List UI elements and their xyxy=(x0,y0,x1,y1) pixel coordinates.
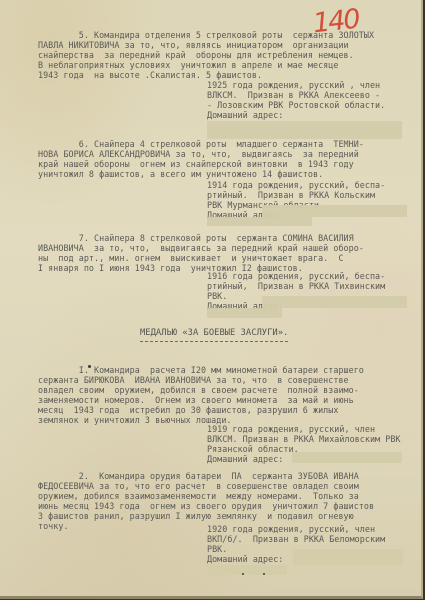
entry-5-line-3: снайперства за передний край обороны для… xyxy=(38,50,354,61)
ink-speck xyxy=(88,365,91,368)
medal-entry-2-bio-address-label: Домашний адрес: xyxy=(207,554,283,565)
entry-6-bio-1: 1914 года рождения, русский, беспа- xyxy=(207,180,385,191)
redacted-address xyxy=(292,452,402,463)
entry-6-line-1: 6. Снайпера 4 стрелковой роты младшего с… xyxy=(38,139,364,150)
entry-5-line-5: 1943 года на высоте .Скалистая. 5 фашист… xyxy=(38,70,262,81)
medal-entry-2-bio-3: РВК. xyxy=(207,544,227,555)
medal-entry-1-line-2: сержанта БИРЮКОВА ИВАНА ИВАНОВИЧА за то,… xyxy=(38,375,349,386)
entry-6-bio-2: ртийный. Призван в РККА Кольским xyxy=(207,190,375,201)
medal-entry-1-line-1: I. Командира расчета I20 мм минометной б… xyxy=(38,365,364,376)
medal-entry-2-line-3: оружием, добился взаимозаменяемости межд… xyxy=(38,491,359,502)
entry-7-line-1: 7. Снайпера 8 стрелковой роты сержанта С… xyxy=(38,233,354,244)
medal-entry-1-bio-address-label: Домашний адрес: xyxy=(207,454,283,465)
entry-5-line-2: ПАВЛА НИКИТОВИЧА за то, что, являясь ини… xyxy=(38,40,349,51)
entry-6-line-4: уничтожил 8 фашистов, а всего им уничтож… xyxy=(38,169,323,180)
entry-5-bio-address-label: Домашний адрес: xyxy=(207,110,283,121)
entry-5-bio-3: - Лозовским РВК Ростовской области. xyxy=(207,100,385,111)
redacted-address xyxy=(207,217,312,226)
entry-5-bio-1: 1925 года рождения, русский , член xyxy=(207,80,380,91)
medal-entry-2-bio-2: ВКП/б/. Призван в РККА Беломорским xyxy=(207,534,385,545)
medal-entry-1-bio-1: 1919 года рождения, русский, член xyxy=(207,424,375,435)
redacted-address xyxy=(262,296,407,308)
medal-entry-2-bio-1: 1920 года рождения, русский, член xyxy=(207,524,375,535)
redacted-address xyxy=(262,205,407,217)
medal-entry-1-line-3: овладел своим оружием, добился в своем р… xyxy=(38,385,359,396)
redacted-address xyxy=(207,121,402,139)
document-page: 140 5. Командира отделения 5 стрелковой … xyxy=(0,0,423,599)
entry-5-bio-2: ВЛКСМ. Призван в РККА Алексеево - xyxy=(207,90,380,101)
entry-5-line-4: В неблагоприятных условиях уничтожил в а… xyxy=(38,60,338,71)
redacted-address xyxy=(293,549,403,565)
entry-6-line-3: край нашей обороны огнем из снайперской … xyxy=(38,159,354,170)
medal-entry-1-line-4: заменяемости номеров. Огнем из своего ми… xyxy=(38,395,354,406)
ink-speck xyxy=(263,573,265,575)
medal-entry-1-line-6: землянок и уничтожил 3 вьючных лошади. xyxy=(38,415,232,426)
section-heading-medal: МЕДАЛЬЮ «ЗА БОЕВЫЕ ЗАСЛУГИ». xyxy=(140,328,288,342)
ink-speck xyxy=(242,573,244,575)
medal-entry-2-line-6: точку. xyxy=(38,521,69,532)
medal-entry-1-bio-2: ВЛКСМ. Призван в РККА Михайловским РВК xyxy=(207,434,401,445)
redacted-address xyxy=(207,308,282,318)
medal-entry-2-line-5: 3 фашистов ранил, разрушил I жилую земля… xyxy=(38,511,354,522)
entry-6-line-2: НОВА БОРИСА АЛЕКСАНДРОВИЧА за то, что, в… xyxy=(38,149,359,160)
entry-7-bio-2: ртийный, Призван в РККА Тихвинским xyxy=(207,281,385,292)
entry-7-line-3: ны под арт., мин. огнем выискивает и уни… xyxy=(38,253,344,264)
medal-entry-2-line-4: июнь месяц 1943 года огнем из своего ору… xyxy=(38,501,374,512)
entry-7-bio-3: РВК. xyxy=(207,291,227,302)
entry-7-line-2: ИВАНОВИЧА за то, что, выдвигаясь за пере… xyxy=(38,243,364,254)
medal-entry-2-line-1: 2. Командира орудия батареи ПА сержанта … xyxy=(38,471,359,482)
medal-entry-1-line-5: месяц 1943 года истребил до 30 фашистов,… xyxy=(38,405,338,416)
entry-5-line-1: 5. Командира отделения 5 стрелковой роты… xyxy=(38,30,374,41)
redacted-address xyxy=(207,565,287,575)
medal-entry-2-line-2: ФЕДОСЕЕВИЧА за то, что его расчет в сове… xyxy=(38,481,359,492)
medal-entry-1-bio-3: Рязанской области. xyxy=(207,444,299,455)
entry-7-bio-1: 1916 года рождения, русский, беспа- xyxy=(207,271,385,282)
